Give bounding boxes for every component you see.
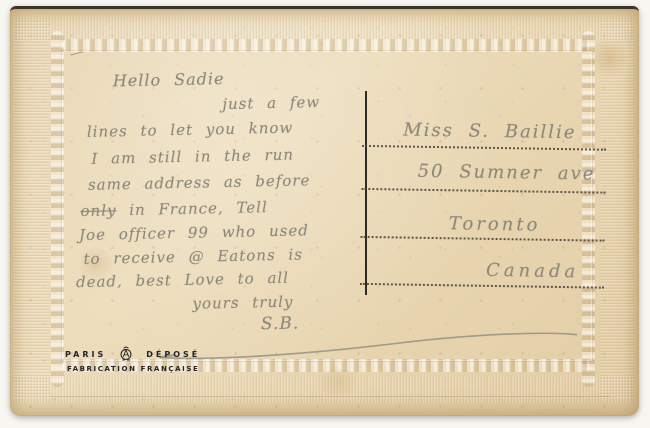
- address-country: Canada: [486, 260, 579, 282]
- imprint-paris-label: PARIS: [65, 350, 106, 359]
- address-dotted-line: [361, 188, 605, 194]
- postcard: Hello Sadie just a few lines to let you …: [10, 6, 639, 416]
- address-street: 50 Sumner ave: [417, 161, 595, 185]
- address-dotted-line: [362, 145, 606, 151]
- address-dotted-line: [360, 283, 604, 289]
- address-city: Toronto: [449, 213, 541, 235]
- address-dotted-line: [361, 236, 605, 242]
- imprint-fabrication-label: FABRICATION FRANÇAISE: [67, 365, 199, 373]
- scanned-image: Hello Sadie just a few lines to let you …: [0, 0, 650, 428]
- monogram-emblem-icon: [118, 346, 134, 362]
- publisher-imprint: PARIS DÉPOSÉ: [65, 346, 200, 362]
- imprint-depose-label: DÉPOSÉ: [146, 350, 200, 359]
- address-recipient: Miss S. Baillie: [403, 120, 576, 144]
